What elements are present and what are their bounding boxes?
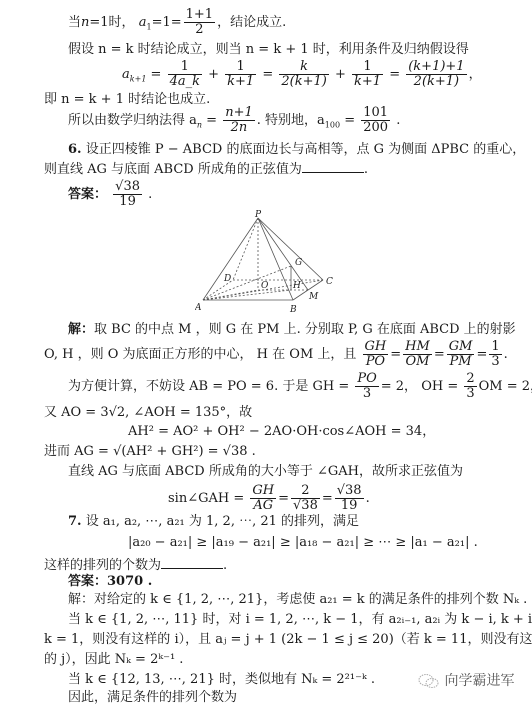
solution-7-line-1: 解：对给定的 k ∈ {1, 2, ⋯, 21}，考虑使 a₂₁ = k 的满足… — [68, 592, 527, 608]
label-H: H — [292, 281, 301, 291]
text: OM = 2， — [479, 379, 532, 394]
denominator: 19 — [335, 499, 364, 513]
answer-blank — [161, 556, 223, 569]
denominator: k+1 — [352, 75, 383, 89]
fraction: k2(k+1) — [279, 60, 328, 89]
numerator: GH — [363, 340, 389, 355]
question-6-line-1: 6. 设正四棱锥 P − ABCD 的底面边长与高相等，点 G 为侧面 ΔPBC… — [68, 142, 525, 158]
solution-6-line-7: 直线 AG 与底面 ABCD 所成角的大小等于 ∠GAH，故所求正弦值为 — [68, 464, 463, 480]
label-O: O — [261, 281, 269, 291]
fraction: GHAG — [250, 484, 276, 513]
numerator: (k+1)+1 — [406, 60, 466, 75]
solution-6-line-1: 解：取 BC 的中点 M ，则 G 在 PM 上. 分别取 P, G 在底面 A… — [68, 322, 516, 338]
text: 设正四棱锥 P − ABCD 的底面边长与高相等，点 G 为侧面 ΔPBC 的重… — [86, 142, 526, 157]
denominator: 3 — [355, 387, 378, 401]
text: 设 a₁, a₂, ⋯, a₂₁ 为 1, 2, ⋯, 21 的排列，满足 — [86, 514, 359, 529]
denominator: OM — [403, 355, 432, 369]
question-7-line-2: |a₂₀ − a₂₁| ≥ |a₁₉ − a₂₁| ≥ |a₁₈ − a₂₁| … — [128, 535, 478, 551]
fraction: 1k+1 — [225, 60, 256, 89]
denominator: 2(k+1) — [279, 75, 328, 89]
question-6-line-2: 则直线 AG 与底面 ABCD 所成角的正弦值为. — [44, 160, 368, 178]
numerator: 1+1 — [184, 8, 215, 23]
var: a — [122, 67, 130, 82]
question-7-line-3: 这样的排列的个数为. — [44, 556, 227, 574]
numerator: 1 — [225, 60, 256, 75]
numerator: k — [279, 60, 328, 75]
numerator: √38 — [113, 180, 142, 195]
text: 所以由数学归纳法得 a — [68, 113, 197, 128]
numerator: 2 — [464, 372, 476, 387]
denominator: 2 — [184, 23, 215, 37]
fraction: 13 — [489, 340, 501, 369]
label-C: C — [326, 277, 333, 287]
numerator: HM — [403, 340, 432, 355]
fraction: √3819 — [335, 484, 364, 513]
fraction: GMPM — [447, 340, 475, 369]
denominator: 3 — [489, 355, 501, 369]
line-base-case: 当n=1时， a1=1=1+12，结论成立. — [68, 8, 286, 37]
subscript: 100 — [325, 121, 340, 130]
text: = 2， OH = — [381, 379, 458, 394]
label-P: P — [254, 210, 262, 220]
text: 这样的排列的个数为 — [44, 558, 161, 573]
fraction: 1k+1 — [352, 60, 383, 89]
label-G: G — [295, 258, 302, 268]
subscript: n — [197, 121, 202, 130]
solution-6-line-3: 为方便计算，不妨设 AB = PO = 6. 于是 GH = PO3= 2， O… — [68, 372, 532, 401]
watermark: 向学霸进军 — [418, 670, 514, 690]
subscript: k+1 — [130, 75, 147, 84]
fraction: 1+12 — [184, 8, 215, 37]
fraction: GHPO — [363, 340, 389, 369]
denominator: PO — [363, 355, 389, 369]
wechat-icon — [418, 673, 440, 689]
solution-6-line-2: O, H ，则 O 为底面正方形的中心， H 在 OM 上，且 GHPO=HMO… — [44, 340, 508, 369]
text: =1= — [152, 15, 182, 30]
text: ，结论成立. — [217, 15, 286, 30]
denominator: 200 — [361, 121, 390, 135]
text: . 特别地，a — [257, 113, 325, 128]
label-A: A — [195, 303, 202, 313]
text: O, H ，则 O 为底面正方形的中心， H 在 OM 上，且 — [44, 347, 356, 362]
solution-6-line-5: AH² = AO² + OH² − 2AO·OH·cos∠AOH = 34， — [128, 424, 435, 440]
question-number: 6. — [68, 142, 82, 157]
answer-blank — [302, 160, 364, 173]
text: sin∠GAH = — [168, 491, 244, 506]
answer-label: 答案： — [68, 187, 107, 202]
text: 当 — [68, 15, 81, 30]
label-D: D — [223, 274, 231, 284]
line-induction-hypothesis: 假设 n = k 时结论成立，则当 n = k + 1 时，利用条件及归纳假设得 — [68, 42, 469, 58]
label-B: B — [289, 305, 297, 315]
numerator: GM — [447, 340, 475, 355]
numerator: √38 — [335, 484, 364, 499]
denominator: 2n — [223, 121, 255, 135]
question-7-line-1: 7. 设 a₁, a₂, ⋯, a₂₁ 为 1, 2, ⋯, 21 的排列，满足 — [68, 514, 359, 530]
text: 取 BC 的中点 M ，则 G 在 PM 上. 分别取 P, G 在底面 ABC… — [94, 322, 516, 337]
denominator: AG — [250, 499, 276, 513]
question-7-answer: 答案：3070 . — [68, 574, 152, 590]
solution-7-line-5: 当 k ∈ {12, 13, ⋯, 21} 时，类似地有 Nₖ = 2²¹⁻ᵏ … — [68, 672, 375, 688]
equation-induction-step: ak+1 = 14a_k + 1k+1 = k2(k+1) + 1k+1 = (… — [122, 60, 482, 89]
fraction: 2√38 — [291, 484, 320, 513]
fraction: (k+1)+12(k+1) — [406, 60, 466, 89]
denominator: PM — [447, 355, 475, 369]
question-number: 7. — [68, 514, 82, 529]
numerator: 1 — [168, 60, 202, 75]
text: 则直线 AG 与底面 ABCD 所成角的正弦值为 — [44, 162, 302, 177]
fraction: n+12n — [223, 106, 255, 135]
denominator: 4a_k — [168, 75, 202, 89]
line-general-formula: 所以由数学归纳法得 an = n+12n. 特别地，a100 = 101200 … — [68, 106, 400, 135]
solution-6-line-6: 进而 AG = √(AH² + GH²) = √38 . — [44, 444, 256, 460]
numerator: 1 — [352, 60, 383, 75]
fraction: HMOM — [403, 340, 432, 369]
denominator: √38 — [291, 499, 320, 513]
fraction: 23 — [464, 372, 476, 401]
denominator: k+1 — [225, 75, 256, 89]
fraction: √3819 — [113, 180, 142, 209]
fraction: PO3 — [355, 372, 378, 401]
fraction: 101200 — [361, 106, 390, 135]
numerator: PO — [355, 372, 378, 387]
pyramid-figure: P A B C D O G H M — [195, 210, 345, 315]
watermark-text: 向学霸进军 — [444, 673, 514, 689]
numerator: n+1 — [223, 106, 255, 121]
solution-7-line-4: 的 j），因此 Nₖ = 2ᵏ⁻¹ . — [44, 652, 183, 668]
numerator: 1 — [489, 340, 501, 355]
label-M: M — [308, 292, 319, 302]
numerator: 101 — [361, 106, 390, 121]
numerator: GH — [250, 484, 276, 499]
text: 为方便计算，不妨设 AB = PO = 6. 于是 GH = — [68, 379, 349, 394]
solution-7-line-2: 当 k ∈ {1, 2, ⋯, 11} 时，对 i = 1, 2, ⋯, k −… — [68, 612, 532, 628]
denominator: 19 — [113, 195, 142, 209]
solution-6-line-8: sin∠GAH = GHAG=2√38=√3819. — [168, 484, 370, 513]
solution-7-line-6: 因此，满足条件的排列个数为 — [68, 690, 237, 706]
denominator: 2(k+1) — [406, 75, 466, 89]
solution-7-line-3: k = 1，则没有这样的 i），且 aⱼ = j + 1 (2k − 1 ≤ j… — [44, 632, 532, 648]
text: =1时， — [89, 15, 134, 30]
solution-6-line-4: 又 AO = 3√2, ∠AOH = 135°，故 — [44, 405, 252, 421]
denominator: 3 — [464, 387, 476, 401]
question-6-answer: 答案： √3819 . — [68, 180, 152, 209]
solution-label: 解： — [68, 322, 94, 337]
numerator: 2 — [291, 484, 320, 499]
fraction: 14a_k — [168, 60, 202, 89]
